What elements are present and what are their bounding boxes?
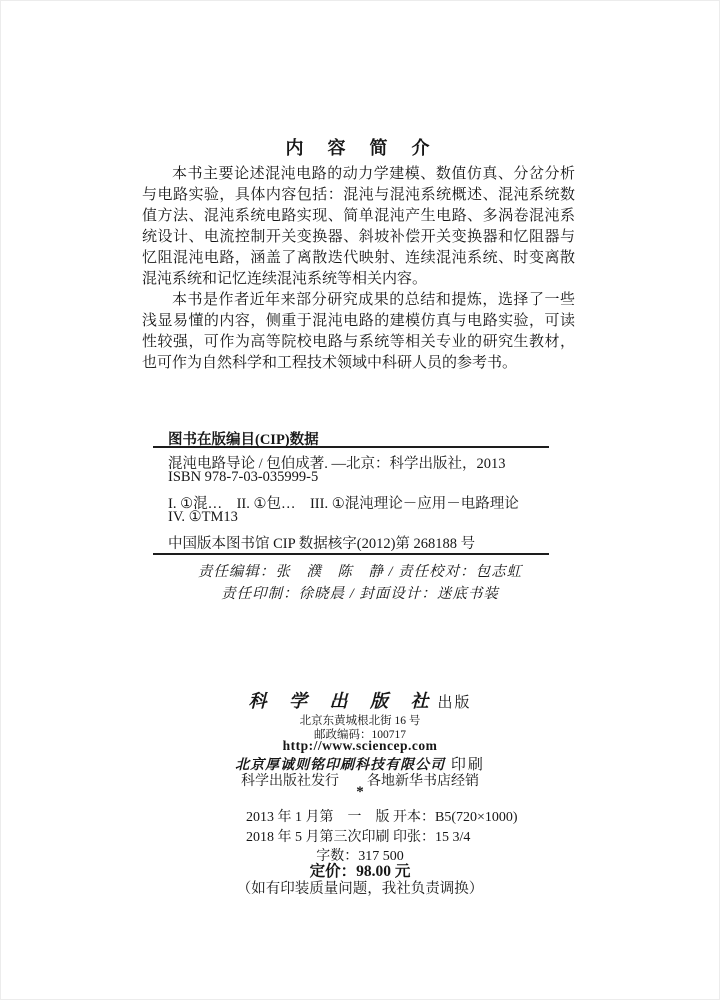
cip-bottom-rule — [153, 553, 549, 555]
publisher-website: http://www.sciencep.com — [0, 738, 720, 754]
content-summary-body: 本书主要论述混沌电路的动力学建模、数值仿真、分岔分析与电路实验，具体内容包括：混… — [142, 164, 575, 374]
responsible-editors-line: 责任编辑：张 濮 陈 静 / 责任校对：包志虹 — [0, 560, 720, 581]
print-and-cover-design-line: 责任印制：徐晓晨 / 封面设计：迷底书装 — [0, 582, 720, 603]
quality-note: （如有印装质量问题，我社负责调换） — [0, 877, 720, 898]
summary-paragraph-1: 本书主要论述混沌电路的动力学建模、数值仿真、分岔分析与电路实验，具体内容包括：混… — [142, 164, 575, 290]
edition-format-row: 2013 年 1 月第 一 版 开本：B5(720×1000) — [0, 806, 720, 824]
edition-info: 2013 年 1 月第 一 版 — [246, 806, 390, 826]
publisher-logotype: 科 学 出 版 社 — [248, 691, 437, 711]
content-summary-title: 内 容 简 介 — [0, 134, 720, 160]
cip-record-number-line: 中国版本图书馆 CIP 数据核字(2012)第 268188 号 — [168, 532, 475, 553]
cip-classification-line: IV. ①TM13 — [168, 509, 238, 526]
cip-isbn-line: ISBN 978-7-03-035999-5 — [168, 469, 318, 486]
copyright-page: 内 容 简 介 本书主要论述混沌电路的动力学建模、数值仿真、分岔分析与电路实验，… — [0, 0, 720, 1000]
summary-paragraph-2: 本书是作者近年来部分研究成果的总结和提炼，选择了一些浅显易懂的内容，侧重于混沌电… — [142, 290, 575, 374]
publisher-suffix: 出版 — [437, 695, 471, 711]
format-info: 开本：B5(720×1000) — [393, 806, 518, 826]
publisher-line: 科 学 出 版 社出版 — [0, 687, 720, 713]
sheets-info: 印张：15 3/4 — [393, 826, 470, 846]
printing-info: 2018 年 5 月第三次印刷 — [246, 826, 390, 846]
printing-sheets-row: 2018 年 5 月第三次印刷 印张：15 3/4 — [0, 826, 720, 844]
cip-top-rule — [153, 446, 549, 448]
asterisk-divider: * — [0, 784, 720, 801]
